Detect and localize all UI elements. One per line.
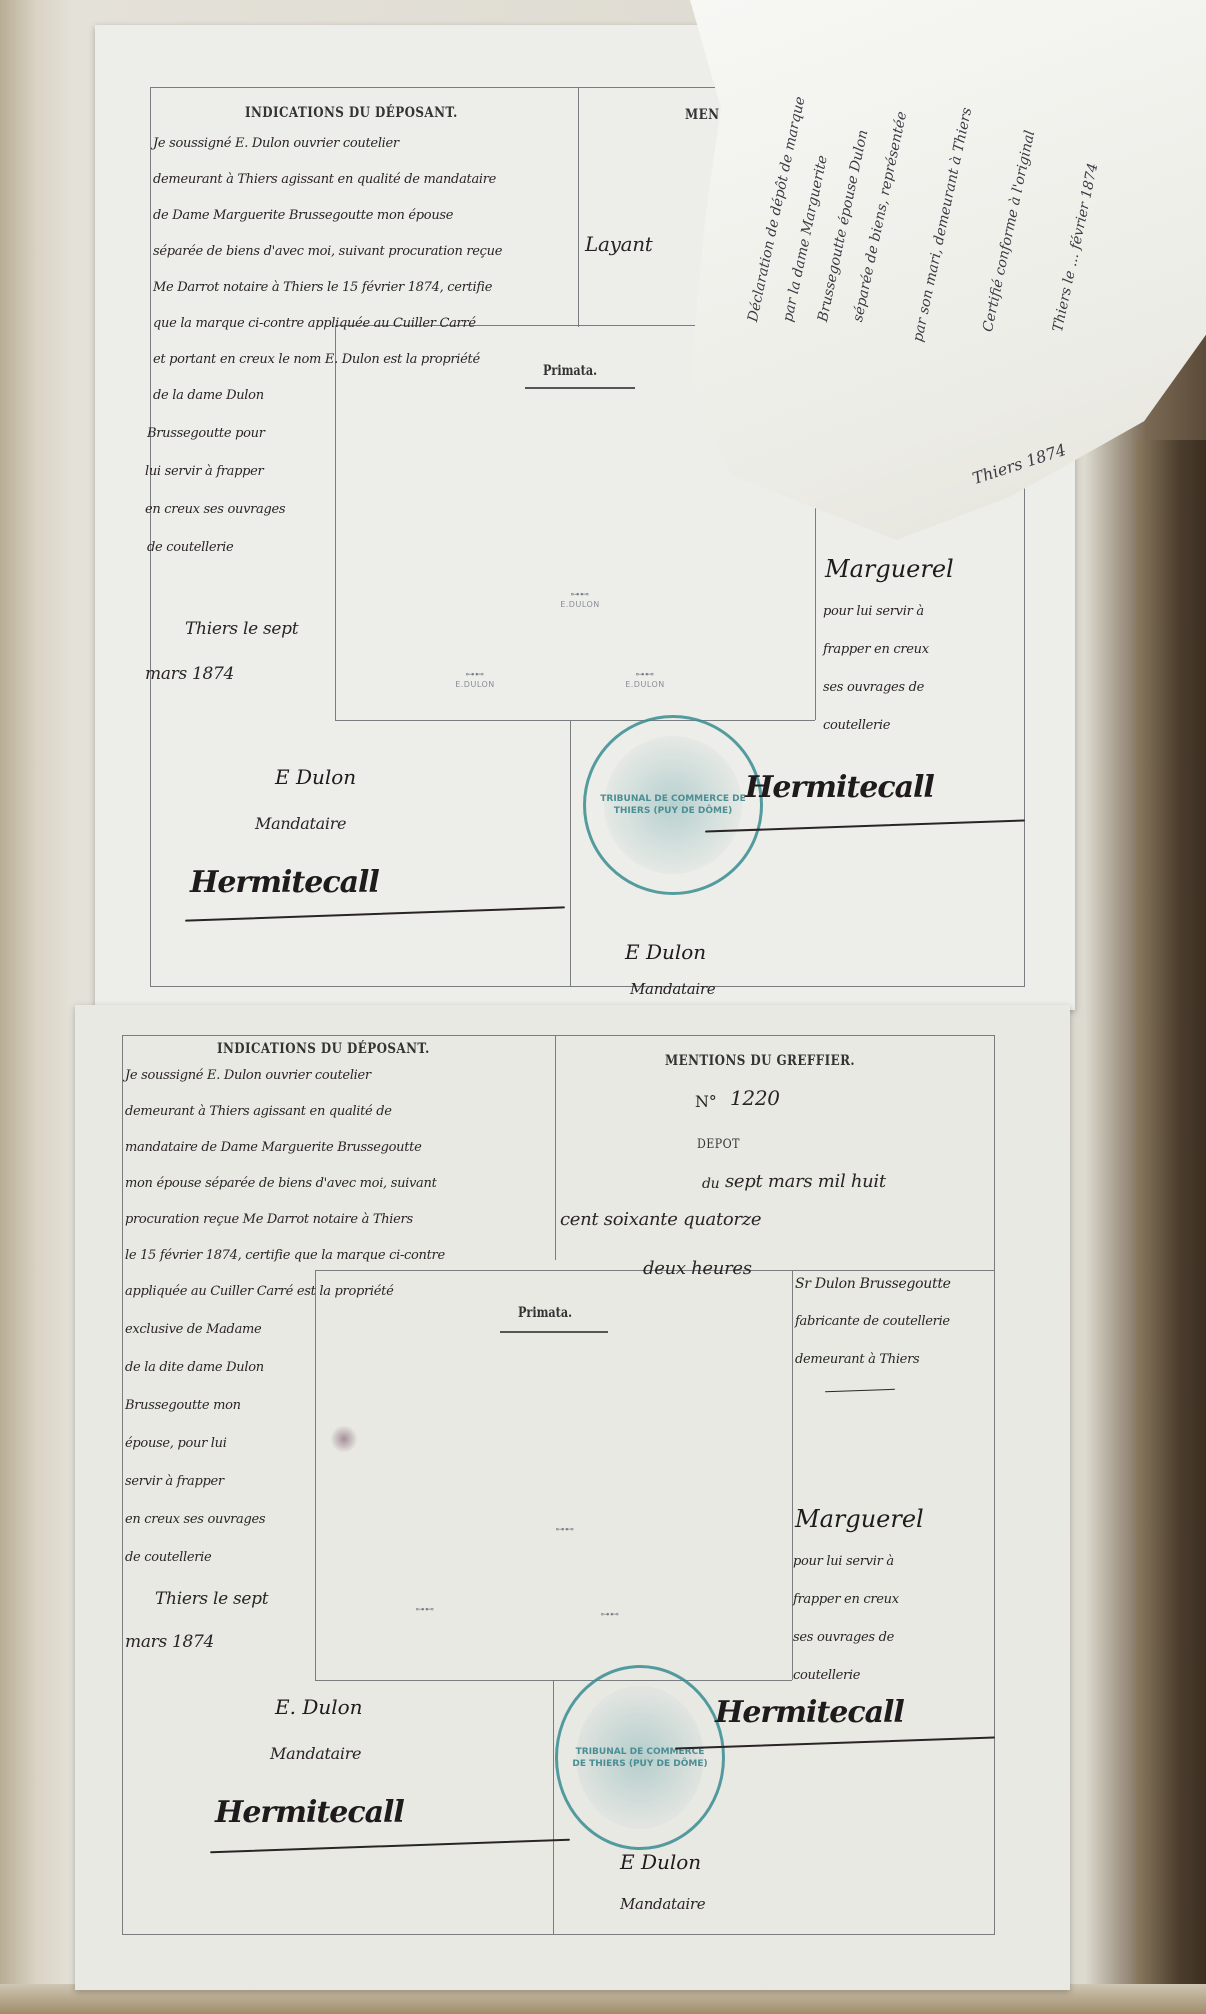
- lower-column-divider: [555, 1035, 556, 1260]
- lower-stamp-mark-3: [590, 1610, 630, 1620]
- ink-smudge: [330, 1425, 358, 1453]
- lower-stamp-mark-1: [545, 1525, 585, 1535]
- lower-number-value: 1220: [730, 1079, 780, 1117]
- lower-place-date-2: mars 1874: [125, 1623, 214, 1661]
- lower-signature-divider: [553, 1680, 554, 1935]
- lower-mandataire-right: Mandataire: [620, 1885, 705, 1923]
- lower-signature-dulon-left: E. Dulon: [275, 1695, 363, 1719]
- lower-depot-time: deux heures: [643, 1250, 752, 1288]
- lower-tribunal-seal: TRIBUNAL DE COMMERCE DE THIERS (PUY DE D…: [555, 1665, 725, 1850]
- book-binding-edge: [1136, 440, 1206, 2014]
- lower-place-date-1: Thiers le sept: [155, 1580, 268, 1618]
- upper-signature-dulon-left: E Dulon: [275, 765, 356, 789]
- document-photo: INDICATIONS DU DÉPOSANT. MEN Layant Je s…: [0, 0, 1206, 2014]
- lower-depot-label: DEPOT: [697, 1137, 740, 1152]
- upper-tribunal-seal: TRIBUNAL DE COMMERCE DE THIERS (PUY DE D…: [583, 715, 763, 895]
- upper-signature-hermitecall-right: Hermitecall: [745, 770, 934, 805]
- upper-stamp-mark-3: E.DULON: [615, 670, 675, 689]
- upper-stamp-mark-1: E.DULON: [550, 590, 610, 609]
- upper-signature-dulon-right: E Dulon: [625, 940, 706, 964]
- lower-depot-date-prefix: du: [702, 1165, 719, 1203]
- lower-stamp-mark-2: [405, 1605, 445, 1615]
- upper-primata-bottom-rule: [335, 720, 815, 721]
- upper-stamp-mark-2: E.DULON: [445, 670, 505, 689]
- upper-mandataire-left: Mandataire: [255, 805, 346, 843]
- upper-depositor-heading: INDICATIONS DU DÉPOSANT.: [245, 105, 458, 121]
- upper-place-date-1: Thiers le sept: [185, 610, 298, 648]
- lower-clerk-heading: MENTIONS DU GREFFIER.: [665, 1053, 855, 1069]
- upper-clerk-partial-text: Layant: [585, 225, 653, 263]
- lower-depot-date-2: cent soixante quatorze: [560, 1201, 761, 1239]
- lower-signature-hermitecall-left: Hermitecall: [215, 1795, 404, 1830]
- upper-mandataire-right: Mandataire: [630, 970, 715, 1008]
- lower-signature-hermitecall-right: Hermitecall: [715, 1695, 904, 1730]
- upper-primata-label: Primata.: [543, 363, 597, 379]
- lower-primata-underline: [500, 1331, 608, 1333]
- lower-number-label: N°: [695, 1083, 716, 1121]
- lower-primata-left-rule: [315, 1270, 316, 1680]
- upper-primata-left-rule: [335, 325, 336, 720]
- overlay-folded-letter: Déclaration de dépôt de marque par la da…: [690, 0, 1206, 540]
- lower-depositor-heading: INDICATIONS DU DÉPOSANT.: [217, 1041, 430, 1057]
- lower-mandataire-left: Mandataire: [270, 1735, 361, 1773]
- upper-place-date-2: mars 1874: [145, 655, 234, 693]
- lower-primata-label: Primata.: [518, 1305, 572, 1321]
- upper-clerk-heading-partial: MEN: [685, 107, 719, 123]
- upper-signature-divider: [570, 720, 571, 987]
- lower-depot-date-1: sept mars mil huit: [725, 1163, 886, 1201]
- upper-primata-underline: [525, 387, 635, 389]
- upper-signature-hermitecall-left: Hermitecall: [190, 865, 379, 900]
- upper-column-divider: [578, 87, 579, 327]
- lower-register-page: INDICATIONS DU DÉPOSANT. MENTIONS DU GRE…: [75, 1005, 1070, 1990]
- lower-signature-dulon-right: E Dulon: [620, 1850, 701, 1874]
